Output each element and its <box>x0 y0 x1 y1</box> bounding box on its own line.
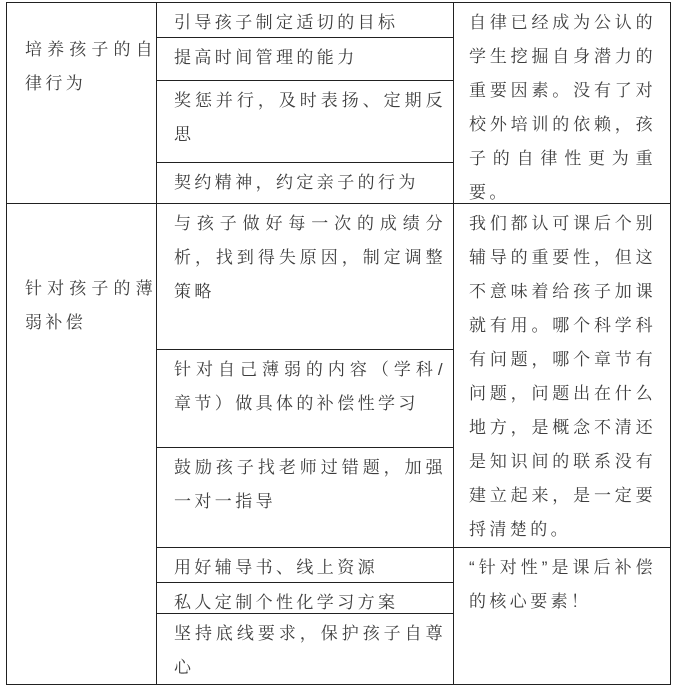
strategy-cell-tutoring-resources: 用好辅导书、线上资源 <box>157 548 454 583</box>
category-cell-weakness-compensation: 针对孩子的薄弱补偿 <box>7 204 157 685</box>
strategy-cell-compensatory-learning: 针对自己薄弱的内容（学科/章节）做具体的补偿性学习 <box>157 350 454 448</box>
strategy-cell-goals: 引导孩子制定适切的目标 <box>157 3 454 38</box>
strategy-cell-bottom-line: 坚持底线要求，保护孩子自尊心 <box>157 614 454 685</box>
commentary-cell-targeting: “针对性”是课后补偿的核心要素！ <box>454 548 671 685</box>
strategy-cell-contract-spirit: 契约精神，约定亲子的行为 <box>157 163 454 204</box>
strategy-cell-time-management: 提高时间管理的能力 <box>157 38 454 81</box>
strategy-cell-score-analysis: 与孩子做好每一次的成绩分析，找到得失原因，制定调整策略 <box>157 204 454 350</box>
commentary-cell-tutoring: 我们都认可课后个别辅导的重要性，但这不意味着给孩子加课就有用。哪个科学科有问题，… <box>454 204 671 548</box>
strategy-cell-personalized-plan: 私人定制个性化学习方案 <box>157 583 454 614</box>
commentary-cell-self-discipline: 自律已经成为公认的学生挖掘自身潜力的重要因素。没有了对校外培训的依赖，孩子的自律… <box>454 3 671 204</box>
strategy-cell-reward-punishment: 奖惩并行，及时表扬、定期反思 <box>157 81 454 163</box>
parenting-strategies-table: 培养孩子的自律行为 引导孩子制定适切的目标 提高时间管理的能力 奖惩并行，及时表… <box>6 2 671 685</box>
strategy-cell-teacher-guidance: 鼓励孩子找老师过错题，加强一对一指导 <box>157 448 454 548</box>
category-cell-self-discipline: 培养孩子的自律行为 <box>7 3 157 204</box>
